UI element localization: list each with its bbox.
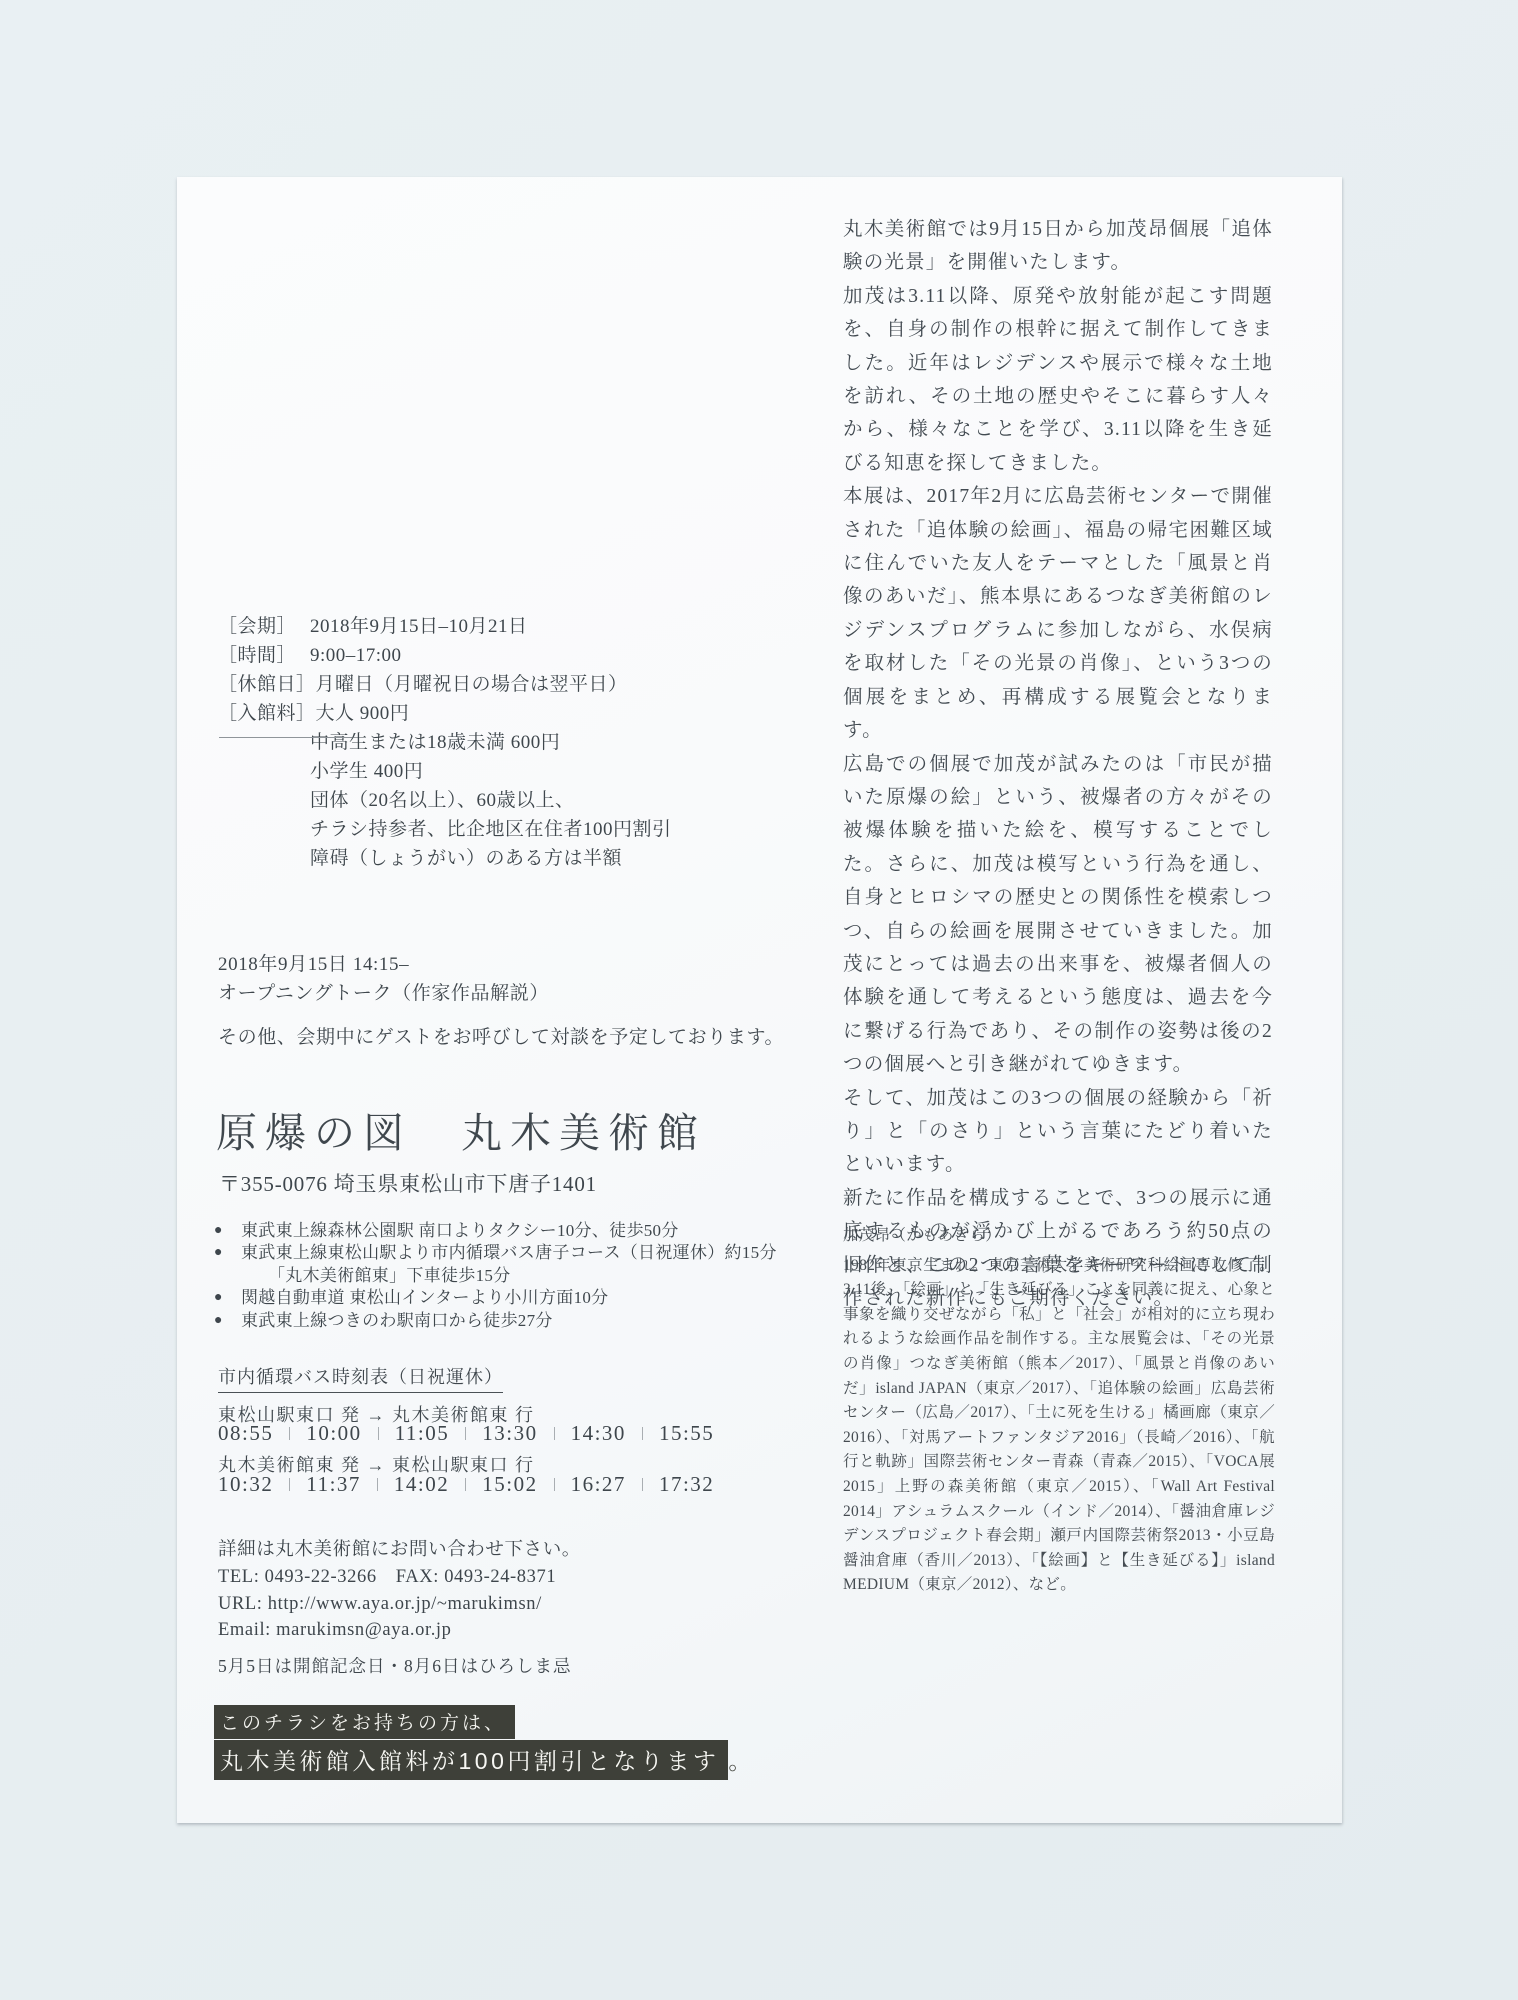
access-item: ● 関越自動車道 東松山インターより小川方面10分 [214, 1287, 777, 1309]
access-list: ● 東武東上線森林公園駅 南口よりタクシー10分、徒歩50分 ● 東武東上線東松… [214, 1220, 777, 1332]
info-value: 2018年9月15日–10月21日 [310, 612, 528, 641]
access-line: 東武東上線森林公園駅 南口よりタクシー10分、徒歩50分 [241, 1221, 679, 1240]
access-item: ● 東武東上線東松山駅より市内循環バス唐子コース（日祝運休）約15分「丸木美術館… [214, 1242, 777, 1287]
access-line: 東武東上線つきのわ駅南口から徒歩27分 [241, 1311, 553, 1330]
time-value: 13:30 [482, 1421, 537, 1446]
time-value: 15:55 [659, 1421, 714, 1446]
access-text: 東武東上線つきのわ駅南口から徒歩27分 [241, 1310, 553, 1332]
time-separator [642, 1478, 643, 1491]
artist-bio-text: 1982年東京生まれ。東京芸術大学美術研究科絵画専攻修了。3.11後、「絵画」と… [843, 1254, 1275, 1598]
time-separator [465, 1478, 466, 1491]
time-value: 11:37 [306, 1472, 361, 1497]
access-text: 東武東上線東松山駅より市内循環バス唐子コース（日祝運休）約15分「丸木美術館東」… [241, 1242, 777, 1287]
time-separator [377, 1478, 378, 1491]
highlight-bar: このチラシをお持ちの方は、 [214, 1705, 515, 1739]
time-separator [642, 1427, 643, 1440]
access-text: 東武東上線森林公園駅 南口よりタクシー10分、徒歩50分 [241, 1220, 679, 1242]
exhibition-info-list: ［会期］ 2018年9月15日–10月21日 ［時間］ 9:00–17:00 ［… [218, 612, 672, 873]
info-row-hours: ［時間］ 9:00–17:00 [218, 641, 672, 670]
fee-line: 障碍（しょうがい）のある方は半額 [310, 844, 672, 873]
guest-talk-note: その他、会期中にゲストをお呼びして対談を予定しております。 [218, 1022, 784, 1049]
time-value: 10:00 [306, 1421, 361, 1446]
fee-line: 中高生または18歳未満 600円 [310, 728, 672, 757]
memorial-days-note: 5月5日は開館記念日・8月6日はひろしま忌 [218, 1653, 572, 1678]
inquiry-note: 詳細は丸木美術館にお問い合わせ下さい。 [218, 1537, 581, 1564]
info-label: ［時間］ [218, 641, 310, 670]
fee-line: 小学生 400円 [310, 757, 672, 786]
access-line: 東武東上線東松山駅より市内循環バス唐子コース（日祝運休）約15分 [241, 1243, 777, 1262]
email-line: Email: marukimsn@aya.or.jp [218, 1617, 581, 1644]
info-row-admission: ［入館料］ 大人 900円 [218, 699, 672, 728]
fee-line: 団体（20名以上）、60歳以上、 [310, 786, 672, 815]
time-value: 16:27 [571, 1472, 626, 1497]
bullet-icon: ● [214, 1220, 241, 1242]
contact-block: 詳細は丸木美術館にお問い合わせ下さい。 TEL: 0493-22-3266 FA… [218, 1537, 581, 1644]
museum-title: 原爆の図 丸木美術館 [216, 1100, 706, 1159]
access-line: 関越自動車道 東松山インターより小川方面10分 [241, 1288, 608, 1307]
opening-talk-title: オープニングトーク（作家作品解説） [218, 979, 549, 1008]
info-label: ［会期］ [218, 612, 310, 641]
time-value: 14:30 [571, 1421, 626, 1446]
highlight-bar: 丸木美術館入館料が100円割引となります [214, 1740, 728, 1780]
artist-bio: 加茂昂（かもあきら） 1982年東京生まれ。東京芸術大学美術研究科絵画専攻修了。… [843, 1224, 1275, 1598]
time-separator [378, 1427, 379, 1440]
opening-talk-block: 2018年9月15日 14:15– オープニングトーク（作家作品解説） [218, 950, 549, 1008]
time-value: 10:32 [218, 1472, 273, 1497]
flyer-discount-line1: このチラシをお持ちの方は、 [214, 1705, 515, 1739]
tel-fax-line: TEL: 0493-22-3266 FAX: 0493-24-8371 [218, 1564, 581, 1591]
museum-address: 〒355-0076 埼玉県東松山市下唐子1401 [219, 1168, 597, 1198]
access-item: ● 東武東上線つきのわ駅南口から徒歩27分 [214, 1310, 777, 1332]
time-value: 11:05 [395, 1421, 450, 1446]
url-line: URL: http://www.aya.or.jp/~marukimsn/ [218, 1591, 581, 1618]
statement-paragraph: 広島での個展で加茂が試みたのは「市民が描いた原爆の絵」という、被爆者の方々がその… [843, 748, 1273, 1082]
time-separator [554, 1478, 555, 1491]
info-label: ［入館料］ [218, 699, 316, 728]
section-divider [219, 737, 352, 738]
scanned-flyer-page: ［会期］ 2018年9月15日–10月21日 ［時間］ 9:00–17:00 ［… [0, 0, 1518, 2000]
info-value: 9:00–17:00 [310, 641, 402, 670]
info-row-closed: ［休館日］ 月曜日（月曜祝日の場合は翌平日） [218, 670, 672, 699]
time-separator [554, 1427, 555, 1440]
access-line-continuation: 「丸木美術館東」下車徒歩15分 [268, 1265, 777, 1287]
fee-line: チラシ持参者、比企地区在住者100円割引 [310, 815, 672, 844]
highlight-suffix: 。 [728, 1748, 751, 1774]
artist-name: 加茂昂（かもあきら） [843, 1224, 1275, 1249]
time-value: 17:32 [659, 1472, 714, 1497]
time-separator [289, 1478, 290, 1491]
bus-schedule-heading: 市内循環バス時刻表（日祝運休） [218, 1363, 503, 1393]
access-text: 関越自動車道 東松山インターより小川方面10分 [241, 1287, 608, 1309]
time-value: 08:55 [218, 1421, 273, 1446]
info-value: 大人 900円 [316, 699, 410, 728]
statement-paragraph: 本展は、2017年2月に広島芸術センターで開催された「追体験の絵画」、福島の帰宅… [843, 480, 1273, 747]
bus-times-row-return: 10:3211:3714:0215:0216:2717:32 [218, 1472, 714, 1497]
time-value: 15:02 [482, 1472, 537, 1497]
statement-paragraph: 丸木美術館では9月15日から加茂昂個展「追体験の光景」を開催いたします。 [843, 213, 1273, 280]
bullet-icon: ● [214, 1242, 241, 1287]
bullet-icon: ● [214, 1310, 241, 1332]
access-item: ● 東武東上線森林公園駅 南口よりタクシー10分、徒歩50分 [214, 1220, 777, 1242]
statement-paragraph: そして、加茂はこの3つの個展の経験から「祈り」と「のさり」という言葉にたどり着い… [843, 1082, 1273, 1182]
info-row-dates: ［会期］ 2018年9月15日–10月21日 [218, 612, 672, 641]
bus-times-row-outbound: 08:5510:0011:0513:3014:3015:55 [218, 1421, 714, 1446]
exhibition-statement: 丸木美術館では9月15日から加茂昂個展「追体験の光景」を開催いたします。 加茂は… [843, 213, 1273, 1315]
time-separator [465, 1427, 466, 1440]
info-label: ［休館日］ [218, 670, 316, 699]
time-value: 14:02 [394, 1472, 449, 1497]
time-separator [289, 1427, 290, 1440]
bullet-icon: ● [214, 1287, 241, 1309]
statement-paragraph: 加茂は3.11以降、原発や放射能が起こす問題を、自身の制作の根幹に据えて制作して… [843, 280, 1273, 480]
opening-talk-date: 2018年9月15日 14:15– [218, 950, 549, 979]
info-value: 月曜日（月曜祝日の場合は翌平日） [316, 670, 628, 699]
flyer-discount-line2: 丸木美術館入館料が100円割引となります。 [214, 1740, 751, 1780]
